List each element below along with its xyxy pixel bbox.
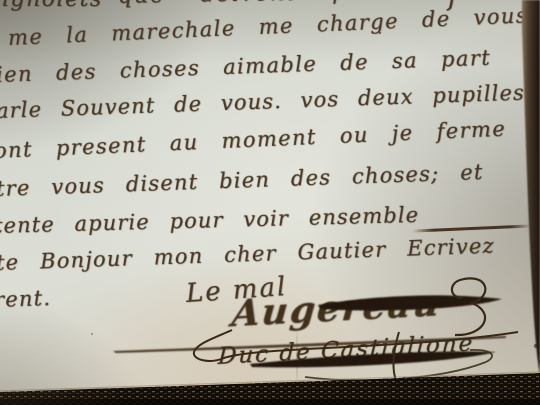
letter-photograph: ignolets que doivent pouvoir f me la mar… — [0, 0, 540, 405]
photo-vignette — [0, 0, 540, 405]
